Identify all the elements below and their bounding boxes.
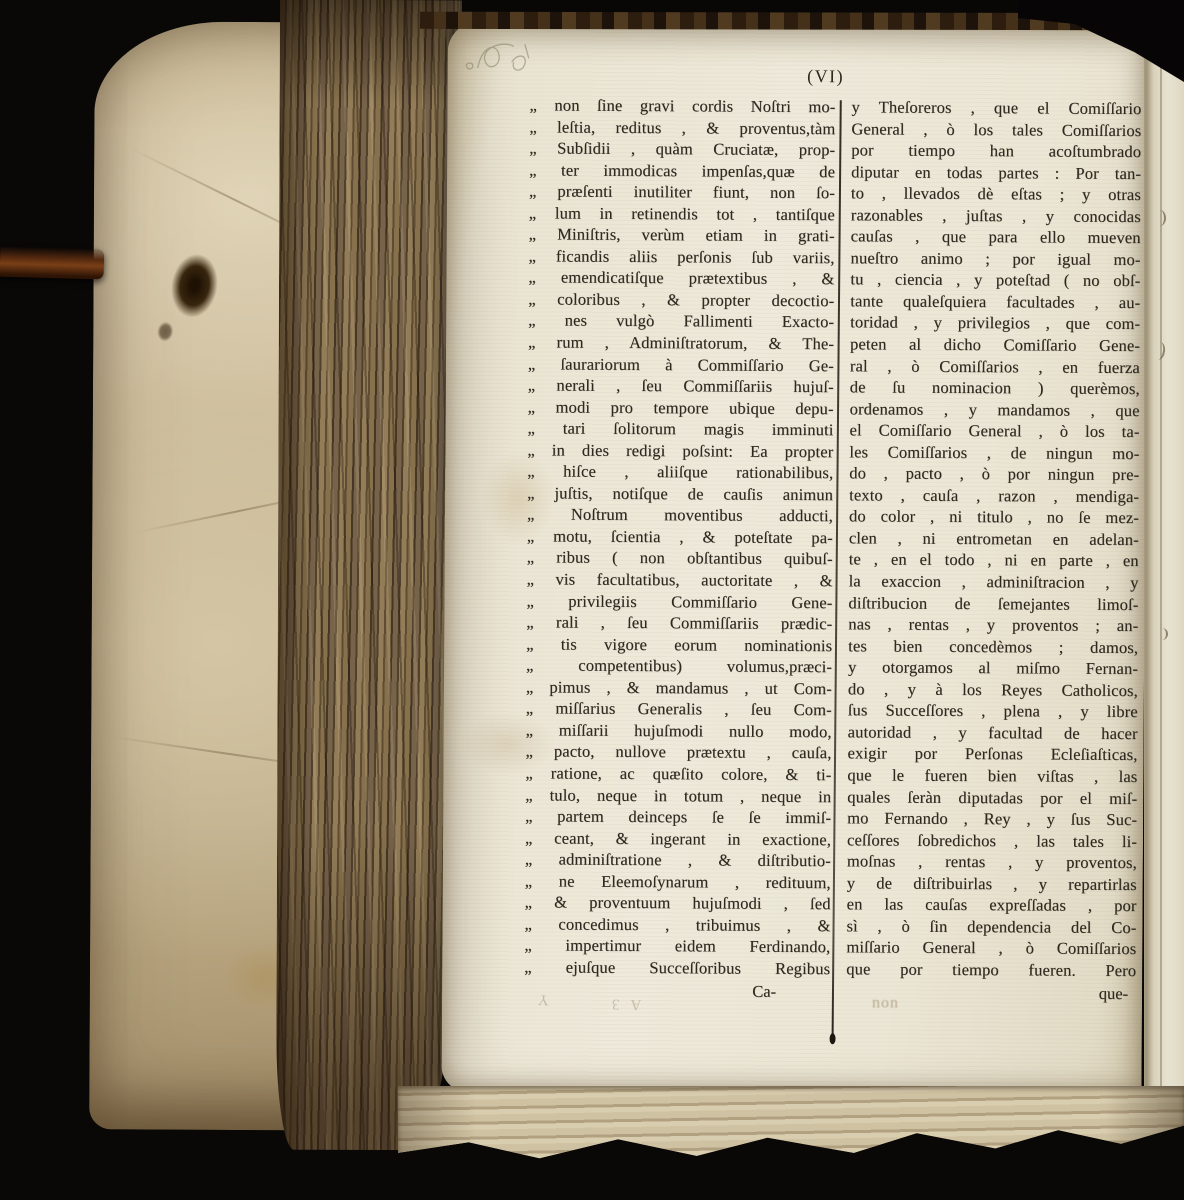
text-line: que le fueren bien viſtas , las — [847, 764, 1137, 787]
text-line: „ ter immodicas impenſas,quæ de — [529, 159, 835, 182]
text-line: „ emendicatiſque prætextibus , & — [528, 267, 834, 290]
text-line: el Comiſſario General , ò los ta- — [849, 420, 1139, 443]
page-bottom-edges — [398, 1086, 1184, 1162]
text-line: „ impertimur eidem Ferdinando, — [524, 935, 830, 958]
text-line: „ & proventuum hujuſmodi , ſed — [525, 892, 831, 915]
text-line: y otorgamos al miſmo Fernan- — [848, 657, 1138, 680]
text-line: les Comiſſarios , de ningun mo- — [849, 441, 1139, 464]
text-line: „ pimus , & mandamus , ut Com- — [526, 676, 832, 699]
text-line: „ non ſine gravi cordis Noſtri mo- — [529, 94, 835, 117]
text-line: „ vis facultatibus, auctoritate , & — [527, 568, 833, 591]
text-line: ordenamos , y mandamos , que — [850, 398, 1140, 421]
text-line: tante qualeſquiera facultades , au- — [850, 290, 1140, 313]
text-line: „ coloribus , & propter decoctio- — [528, 288, 834, 311]
text-line: „ juſtis, notiſque de cauſis animun — [527, 482, 833, 505]
text-line: „ modi pro tempore ubique depu- — [528, 396, 834, 419]
text-line: „ hiſce , aliiſque rationabilibus, — [527, 461, 833, 484]
marginal-scribble — [462, 32, 534, 84]
text-line: „ leſtia, reditus , & proventus,tàm — [529, 116, 835, 139]
text-line: „ lum in retinendis tot , tantiſque — [529, 202, 835, 225]
text-line: General , ò los tales Comiſſarios — [851, 118, 1141, 141]
text-line: tes bien concedèmos ; damos, — [848, 635, 1138, 658]
text-line: „ ne Eleemoſynarum , redituum, — [525, 870, 831, 893]
leather-tie-strap — [0, 247, 104, 280]
text-line: „ ficandis aliis perſonis ſub variis, — [529, 245, 835, 268]
spanish-column: y Theſoreros , que el ComiſſarioGeneral … — [846, 96, 1141, 981]
text-line: miſſario General , ò Comiſſarios — [846, 937, 1136, 960]
text-line: „ Noſtrum moventibus adducti, — [527, 504, 833, 527]
text-line: „ præſenti inutiliter fiunt, non ſo- — [529, 181, 835, 204]
text-line: „ ſaurariorum à Commiſſario Ge- — [528, 353, 834, 376]
text-line: nueſtro animo ; por igual mo- — [851, 247, 1141, 270]
edge-squiggle-mark — [1156, 210, 1166, 226]
showthrough-mark-signature: A 3 — [608, 995, 642, 1013]
text-line: toridad , y privilegios , que com- — [850, 312, 1140, 335]
text-line: moſnas , rentas , y proventos, — [847, 850, 1137, 873]
text-line: ſus Succeſſores , plena , y libre — [848, 700, 1138, 723]
text-line: „ adminiſtratione , & diſtributio- — [525, 848, 831, 871]
text-line: tu , ciencia , y poteſtad ( no obſ- — [850, 269, 1140, 292]
text-line: „ pacto, nullove prætextu , cauſa, — [525, 741, 831, 764]
text-line: „ ribus ( non obſtantibus quibuſ- — [527, 547, 833, 570]
text-line: do color , ni titulo , no ſe mez- — [849, 506, 1139, 529]
text-line: „ privilegiis Commiſſario Gene- — [526, 590, 832, 613]
text-line: do , pacto , ò por ningun pre- — [849, 463, 1139, 486]
showthrough-mark-y: Y — [538, 990, 550, 1008]
text-line: te , en el todo , ni en parte , en — [849, 549, 1139, 572]
text-line: cauſas , que para ello mueven — [851, 226, 1141, 249]
text-line: ral , ò Comiſſarios , en fuerza — [850, 355, 1140, 378]
book-photo: (VI) „ non ſine gravi cordis Noſtri mo-„… — [0, 0, 1184, 1200]
adjacent-page-edge — [1144, 30, 1184, 1092]
text-line: „ rum , Adminiſtratorum, & The- — [528, 331, 834, 354]
text-line: „ rali , ſeu Commiſſariis prædic- — [526, 611, 832, 634]
text-line: nas , rentas , y proventos ; an- — [848, 613, 1138, 636]
text-line: „ ratione, ac quæſito colore, & ti- — [525, 762, 831, 785]
text-line: diſtribucion de ſemejantes limoſ- — [848, 592, 1138, 615]
text-line: la exaccion , adminiſtracion , y — [849, 570, 1139, 593]
text-line: mo Fernando , Rey , y ſus Suc- — [847, 807, 1137, 830]
text-line: „ concedimus , tribuimus , & — [524, 913, 830, 936]
page-number: (VI) — [778, 66, 874, 88]
text-line: texto , cauſa , razon , mendiga- — [849, 484, 1139, 507]
text-line: por tiempo han acoſtumbrado — [851, 139, 1141, 162]
text-line: clen , ni entrometan en adelan- — [849, 527, 1139, 550]
text-line: „ competentibus) volumus,præci- — [526, 655, 832, 678]
text-line: autoridad , y facultad de hacer — [848, 721, 1138, 744]
edge-squiggle-mark — [1154, 341, 1166, 360]
text-line: „ Subſidii , quàm Cruciatæ, prop- — [529, 137, 835, 160]
showthrough-mark-non: non — [872, 994, 899, 1012]
text-line: „ partem deinceps ſe ſe immiſ- — [525, 805, 831, 828]
latin-column: „ non ſine gravi cordis Noſtri mo-„ leſt… — [524, 94, 835, 979]
text-line: „ tulo, neque in totum , neque in — [525, 784, 831, 807]
text-line: en las cauſas expreſſadas , por — [847, 894, 1137, 917]
ink-blot-stain — [167, 250, 223, 321]
text-line: „ nes vulgò Fallimenti Exacto- — [528, 310, 834, 333]
frayed-page-edges — [276, 0, 462, 1150]
text-line: diputar en todas partes : Por tan- — [851, 161, 1141, 184]
text-line: y de diſtribuirlas , y repartirlas — [847, 872, 1137, 895]
text-line: „ motu, ſcientia , & poteſtate pa- — [527, 525, 833, 548]
text-line: „ ejuſque Succeſſoribus Regibus — [524, 956, 830, 979]
text-line: „ Miniſtris, verùm etiam in grati- — [529, 224, 835, 247]
text-line: „ ceant, & ingerant in exactione, — [525, 827, 831, 850]
text-line: exigir por Perſonas Ecleſiaſticas, — [847, 743, 1137, 766]
text-line: ceſſores ſobredichos , las tales li- — [847, 829, 1137, 852]
edge-squiggle-mark — [1158, 628, 1168, 640]
text-line: que por tiempo fueren. Pero — [846, 958, 1136, 981]
text-line: quales ſeràn diputadas por el miſ- — [847, 786, 1137, 809]
ink-blot-stain-small — [156, 320, 175, 342]
book-page: (VI) „ non ſine gravi cordis Noſtri mo-„… — [441, 22, 1148, 1096]
text-line: y Theſoreros , que el Comiſſario — [851, 96, 1141, 119]
text-line: de ſu nominacion ) querèmos, — [850, 376, 1140, 399]
text-line: „ in dies redigi poſsint: Ea propter — [527, 439, 833, 462]
text-line: „ tari ſolitorum magis imminuti — [527, 418, 833, 441]
text-line: razonables , juſtas , y conocidas — [851, 204, 1141, 227]
text-line: sì , ò ſin dependencia del Co- — [846, 915, 1136, 938]
text-line: peten al dicho Comiſſario Gene- — [850, 333, 1140, 356]
text-line: to , llevados dè eſtas ; y otras — [851, 183, 1141, 206]
text-line: „ miſſarius Generalis , ſeu Com- — [526, 698, 832, 721]
text-line: do , y à los Reyes Catholicos, — [848, 678, 1138, 701]
catchword-left: Ca- — [524, 980, 830, 1002]
text-line: „ miſſarii hujuſmodi nullo modo, — [526, 719, 832, 742]
text-line: „ tis vigore eorum nominationis — [526, 633, 832, 656]
text-line: „ nerali , ſeu Commiſſariis hujuſ- — [528, 374, 834, 397]
